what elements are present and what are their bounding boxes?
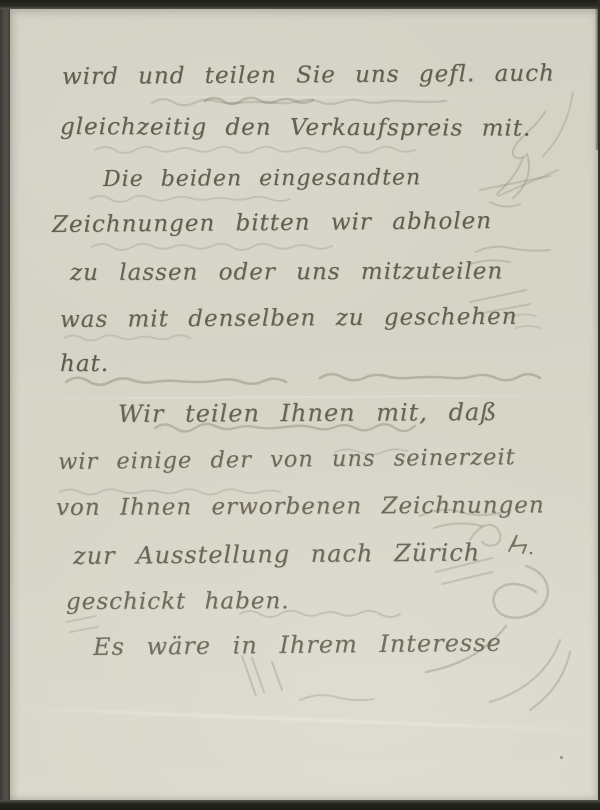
handwriting-line: Zeichnungen bitten wir abholen <box>52 208 492 238</box>
handwriting-line: wird und teilen Sie uns gefl. auch <box>62 61 555 90</box>
handwriting-line: geschickt haben. <box>66 588 290 615</box>
handwriting-line: von Ihnen erworbenen Zeichnungen <box>56 492 545 521</box>
scan-border-left <box>0 0 10 810</box>
handwriting-line: zu lassen oder uns mitzuteilen <box>70 258 503 286</box>
scan-border-bottom <box>0 800 600 810</box>
handwriting-line: zur Ausstellung nach Zürich <box>73 538 480 570</box>
scan-border-top <box>0 0 600 9</box>
handwriting-line: hat. <box>60 351 109 377</box>
scan-border-right <box>595 0 600 150</box>
paper-speck <box>560 756 563 759</box>
handwriting-line: wir einige der von uns seinerzeit <box>58 444 516 475</box>
handwriting-line: Wir teilen Ihnen mit, daß <box>118 398 497 428</box>
handwriting-line: Es wäre in Ihrem Interesse <box>93 629 502 661</box>
handwriting-line: was mit denselben zu geschehen <box>60 304 518 333</box>
scanned-letter: wird und teilen Sie uns gefl. auch gleic… <box>0 0 600 810</box>
handwriting-line: gleichzeitig den Verkaufspreis mit. <box>60 114 531 142</box>
handwriting-line: Die beiden eingesandten <box>103 165 421 192</box>
